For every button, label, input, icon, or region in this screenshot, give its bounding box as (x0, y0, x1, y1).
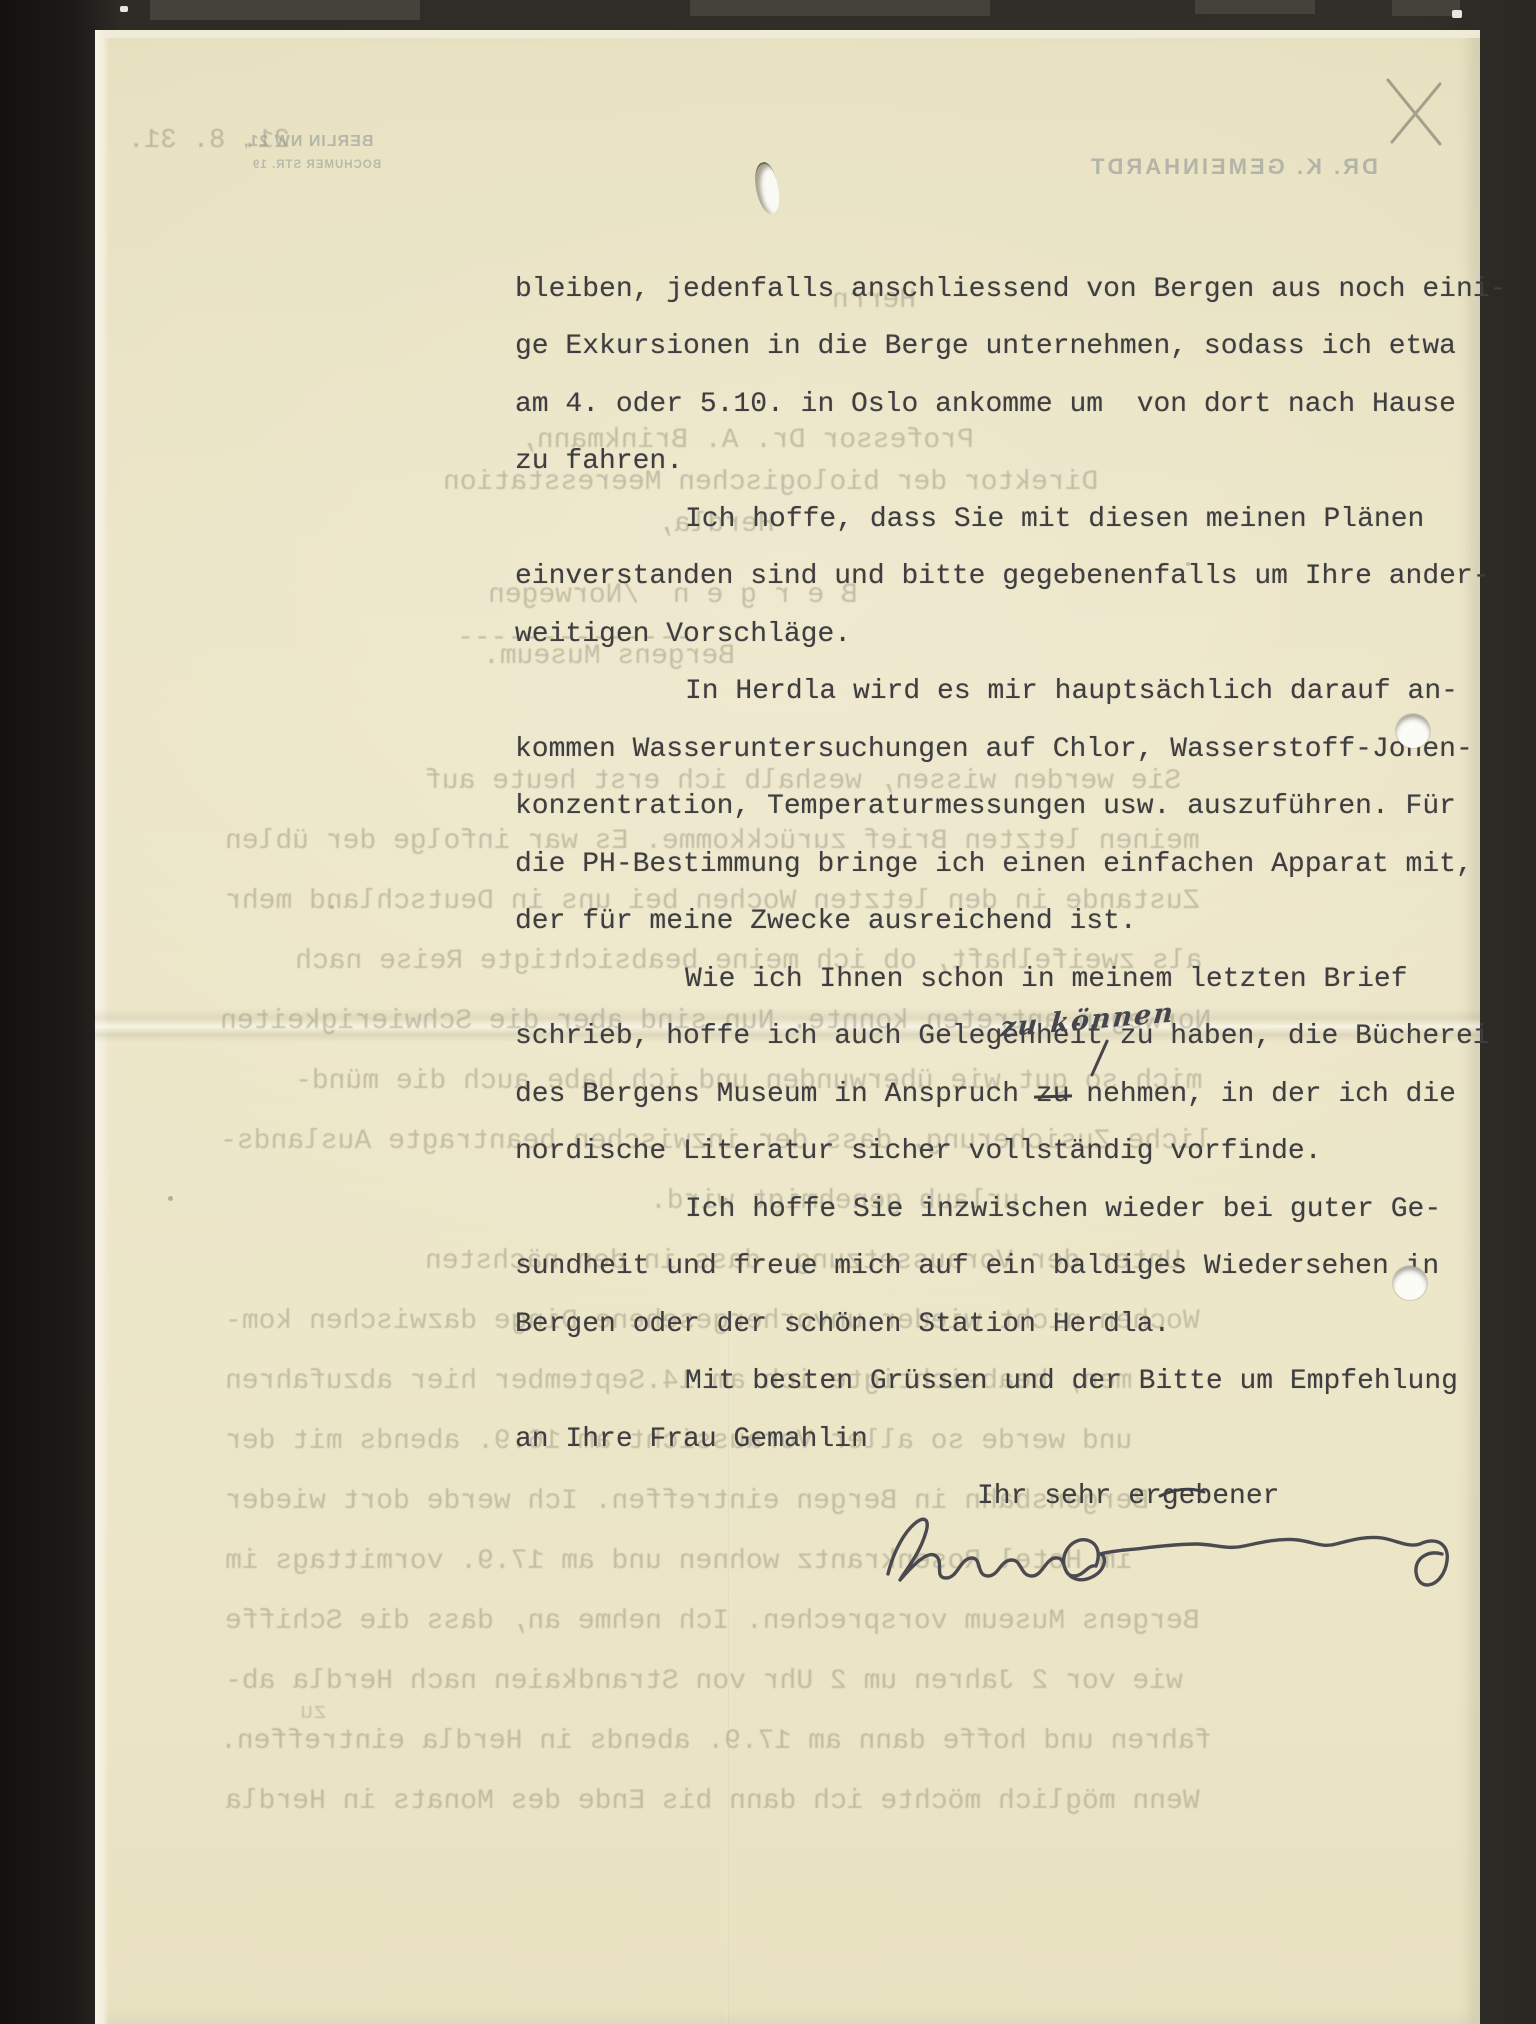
bleedthrough-date: 21. 8. 31. (128, 126, 290, 156)
bleedthrough-line: wie vor 2 Jahren um 2 Uhr von Strandkaie… (225, 1667, 1183, 1697)
punch-hole (1396, 714, 1430, 748)
typed-line: konzentration, Temperaturmessungen usw. … (515, 792, 1456, 822)
typed-line: zu fahren. (515, 447, 683, 477)
letter-page: DR. K. GEMEINHARDT BERLIN NW 21, BOCHUME… (95, 30, 1480, 2024)
typed-line: ge Exkursionen in die Berge unternehmen,… (515, 332, 1456, 362)
typed-line: der für meine Zwecke ausreichend ist. (515, 907, 1137, 937)
typed-line: Mit besten Grüssen und der Bitte um Empf… (685, 1367, 1458, 1397)
typed-line: einverstanden sind und bitte gegebenenfa… (515, 562, 1490, 592)
scan-edge-block (690, 0, 990, 16)
bleedthrough-line: zu (300, 1698, 326, 1728)
scan-edge-block (1195, 0, 1315, 14)
typed-line: Ich hoffe, dass Sie mit diesen meinen Pl… (685, 505, 1424, 535)
typed-line: Wie ich Ihnen schon in meinem letzten Br… (685, 965, 1408, 995)
typed-line: Bergen oder der schönen Station Herdla. (515, 1310, 1170, 1340)
bleedthrough-letterhead-name: DR. K. GEMEINHARDT (1088, 154, 1378, 180)
typed-line: Ich hoffe Sie inzwischen wieder bei gute… (685, 1195, 1441, 1225)
typed-line: nordische Literatur sicher vollständig v… (515, 1137, 1322, 1167)
bleedthrough-line: fahren und hoffe dann am 17.9. abends in… (220, 1727, 1211, 1757)
typed-line: des Bergens Museum in Anspruch zu nehmen… (515, 1080, 1456, 1110)
typed-line: In Herdla wird es mir hauptsächlich dara… (685, 677, 1458, 707)
scan-edge-block (1392, 0, 1460, 16)
scan-speck (120, 6, 128, 12)
typed-line: sundheit und freue mich auf ein baldiges… (515, 1252, 1439, 1282)
bleedthrough-letterhead-street: BOCHUMER STR. 19 (252, 159, 381, 171)
bleedthrough-line: Wenn möglich möchte ich dann bis Ende de… (225, 1787, 1200, 1817)
paper-top-edge (95, 30, 1480, 38)
typed-line: kommen Wasseruntersuchungen auf Chlor, W… (515, 735, 1473, 765)
typed-line: bleiben, jedenfalls anschliessend von Be… (515, 275, 1506, 305)
paper-tear (750, 160, 784, 216)
signature-handwriting (860, 1462, 1500, 1632)
pencil-x-mark (1382, 72, 1448, 152)
punch-hole (1393, 1266, 1427, 1300)
typed-line: an Ihre Frau Gemahlin (515, 1425, 868, 1455)
typed-line: am 4. oder 5.10. in Oslo ankomme um von … (515, 390, 1456, 420)
scan-speck (1452, 10, 1462, 18)
scan-edge-block (150, 0, 420, 20)
typed-line: weitigen Vorschläge. (515, 620, 851, 650)
paper-stain (168, 1196, 173, 1201)
typed-line: die PH-Bestimmung bringe ich einen einfa… (515, 850, 1473, 880)
struck-word: zu (1036, 1079, 1070, 1110)
scan-background: DR. K. GEMEINHARDT BERLIN NW 21, BOCHUME… (0, 0, 1536, 2024)
